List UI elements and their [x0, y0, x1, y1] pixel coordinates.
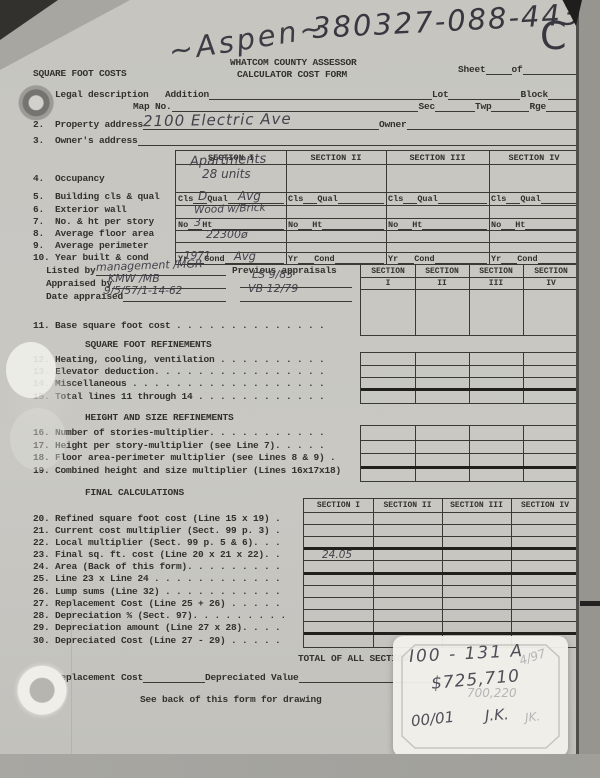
cond-label-s3: Cond	[414, 254, 434, 264]
ref-table-vline2	[469, 353, 470, 403]
final-table: SECTION I SECTION II SECTION III SECTION…	[303, 498, 580, 648]
small-header-word-2: SECTION	[415, 267, 469, 276]
no-ht-s4: NoHt	[491, 220, 577, 230]
right-scan-band	[579, 0, 600, 756]
header-section2: SECTION II	[286, 153, 386, 163]
small-header-num-1: I	[361, 279, 415, 288]
height-size-header: HEIGHT AND SIZE REFINEMENTS	[85, 412, 234, 423]
cond-label-s4: Cond	[517, 254, 537, 264]
hw-condition: Avg	[234, 249, 256, 263]
line17-label: 17. Height per story-multiplier (see Lin…	[33, 440, 325, 451]
hw-building-class: D	[198, 189, 207, 203]
yr-blank-s3	[398, 254, 414, 264]
line26-label: 26. Lump sums (Line 32) . . . . . . . . …	[33, 586, 286, 597]
yr-cond-s3: YrCond	[388, 254, 487, 264]
line6-label: 6. Exterior wall	[33, 204, 127, 215]
final-hline-26	[304, 597, 579, 598]
line20-label: 20. Refined square foot cost (Line 15 x …	[33, 513, 286, 524]
cls-label-s2: Cls	[288, 194, 303, 204]
line3-row: 3. Owner's address	[33, 135, 578, 146]
line25-label: 25. Line 23 x Line 24 . . . . . . . . . …	[33, 573, 286, 584]
hw-previous-appraisal-1: LS 9/83	[252, 268, 293, 281]
hw-exterior-wall: Wood w/Brick	[194, 202, 266, 216]
small-header-word-3-text: SECTION	[479, 267, 513, 276]
lot-label: Lot	[432, 89, 449, 100]
sticky-note: 4/97 I00 - 131 A 700,220 $725,710 00/01 …	[393, 636, 568, 757]
yr-blank-s4	[501, 254, 517, 264]
line12-label: 12. Heating, cooling, ventilation . . . …	[33, 354, 325, 365]
small-header-word-3: SECTION	[469, 267, 523, 276]
header-section3: SECTION III	[386, 153, 489, 163]
qual-label-s2: Qual	[317, 194, 337, 204]
cls-qual-s4: ClsQual	[491, 194, 577, 204]
yr-blank-s2	[298, 254, 314, 264]
final-header-s4: SECTION IV	[511, 501, 579, 510]
hw-date-appraised: 9/5/57/1-14-62	[104, 285, 182, 297]
final-hline-28	[304, 621, 579, 622]
hs-table-hline3	[361, 466, 579, 469]
table-a-hline2	[176, 192, 579, 193]
ht-label-s2: Ht	[312, 220, 322, 230]
ht-blank-s3	[422, 220, 487, 230]
small-header-num-2-text: II	[437, 279, 447, 288]
line4-label: 4. Occupancy	[33, 173, 105, 184]
yr-label-s4: Yr	[491, 254, 501, 264]
line5-label: 5. Building cls & qual	[33, 191, 160, 202]
small-header-num-2: II	[415, 279, 469, 288]
line3-label: 3. Owner's address	[33, 135, 138, 146]
hw-floor-area: 22300ø	[206, 228, 248, 241]
handwritten-grade-letter: C	[540, 14, 567, 58]
hw-final-sqft-cost: 24.05	[322, 549, 352, 561]
rge-blank	[546, 102, 578, 112]
form-title-line2: CALCULATOR COST FORM	[237, 69, 347, 80]
bottom-scan-band	[0, 754, 600, 778]
qual-label-s3: Qual	[417, 194, 437, 204]
owner-blank	[407, 120, 578, 130]
ht-blank-s4	[525, 220, 577, 230]
see-back-note: See back of this form for drawing	[140, 694, 322, 705]
final-hline-25	[304, 585, 579, 586]
lot-blank	[448, 90, 520, 100]
line31-row: 31. Replacement CostDepreciated Value	[33, 672, 453, 683]
note-faint-initials: JK.	[524, 709, 541, 725]
qual-blank-s4	[541, 194, 577, 204]
hs-table-hline2	[361, 453, 579, 454]
sheet-label: Sheet	[458, 64, 486, 75]
scanned-assessor-form: ~Aspen~ 380327-088-443 C WHATCOM COUNTY …	[0, 0, 600, 778]
qual-blank-s2	[338, 194, 384, 204]
line9-label: 9. Average perimeter	[33, 240, 149, 251]
line24-label: 24. Area (Back of this form). . . . . . …	[33, 561, 286, 572]
line21-label: 21. Current cost multiplier (Sect. 99 p.…	[33, 525, 286, 536]
fold-line	[71, 600, 72, 760]
final-hline-20	[304, 524, 579, 525]
hw-appraised-by: KMW /MB	[108, 272, 160, 285]
hw-stories: 3	[194, 216, 201, 229]
cls-label-s4: Cls	[491, 194, 506, 204]
no-ht-s3: NoHt	[388, 220, 487, 230]
table-a-hline6	[176, 242, 579, 243]
of-blank	[523, 65, 578, 75]
twp-blank	[491, 102, 529, 112]
table-a-vline1	[286, 151, 287, 264]
line18-label: 18. Floor area-perimeter multiplier (see…	[33, 452, 336, 463]
sec-label: Sec	[418, 101, 435, 112]
final-hline-24	[304, 572, 579, 575]
hw-occupancy-2: 28 units	[202, 167, 251, 181]
depreciated-value-label: Depreciated Value	[205, 672, 299, 683]
hole-punch-bottom	[14, 658, 68, 720]
small-table-hline2	[361, 289, 579, 290]
height-size-table	[360, 425, 580, 482]
small-header-num-3-text: III	[489, 279, 503, 288]
small-header-word-4: SECTION	[523, 267, 579, 276]
line16-label: 16. Number of stories-multiplier. . . . …	[33, 427, 325, 438]
hw-building-qual: Avg	[238, 189, 261, 203]
line1-row-a: 1. Legal description AdditionLotBlock	[33, 89, 578, 100]
cond-label-s2: Cond	[314, 254, 334, 264]
owners-address-blank	[138, 136, 578, 146]
cls-blank-s3	[403, 194, 417, 204]
table-a-hline4	[176, 218, 579, 219]
line19-label: 19. Combined height and size multiplier …	[33, 465, 341, 476]
small-header-word-1-text: SECTION	[371, 267, 405, 276]
sheet-blank	[486, 65, 512, 75]
final-header-s2-text: SECTION II	[383, 501, 431, 510]
no-blank-s4	[501, 220, 515, 230]
line11-label: 11. Base square foot cost . . . . . . . …	[33, 320, 325, 331]
sheet-of-line: Sheetof	[458, 64, 578, 75]
qual-blank-s3	[438, 194, 487, 204]
final-header-s3: SECTION III	[442, 501, 511, 510]
mapno-label: Map No.	[133, 101, 172, 112]
final-hline-21	[304, 536, 579, 537]
no-label-s3: No	[388, 220, 398, 230]
yr-cond-s2: YrCond	[288, 254, 384, 264]
listed-by-label: Listed by	[46, 265, 96, 276]
no-label-s2: No	[288, 220, 298, 230]
hw-previous-appraisal-2: VB 12/79	[248, 282, 298, 295]
hs-table-hline1	[361, 440, 579, 441]
ref-table-hline1	[361, 365, 579, 366]
no-label-s1: No	[178, 220, 188, 230]
form-title-line1: WHATCOM COUNTY ASSESSOR	[230, 57, 357, 68]
cls-label-s3: Cls	[388, 194, 403, 204]
line23-label: 23. Final sq. ft. cost (Line 20 x 21 x 2…	[33, 549, 286, 560]
small-header-num-3: III	[469, 279, 523, 288]
final-header-s1: SECTION I	[304, 501, 373, 510]
final-header-s3-text: SECTION III	[450, 501, 503, 510]
cls-blank-s4	[506, 194, 520, 204]
qual-label-s4: Qual	[520, 194, 540, 204]
small-header-word-2-text: SECTION	[425, 267, 459, 276]
yr-cond-s4: YrCond	[491, 254, 577, 264]
addition-blank	[209, 90, 432, 100]
final-header-s4-text: SECTION IV	[521, 501, 569, 510]
cond-blank-s4	[538, 254, 577, 264]
small-header-word-4-text: SECTION	[534, 267, 568, 276]
block-label: Block	[520, 89, 548, 100]
faint-blotch-mid2	[10, 408, 66, 470]
yr-label-s2: Yr	[288, 254, 298, 264]
line7-label: 7. No. & ht per story	[33, 216, 154, 227]
sections-table-small: SECTION SECTION SECTION SECTION I II III…	[360, 264, 580, 336]
ht-label-s3: Ht	[412, 220, 422, 230]
small-header-word-1: SECTION	[361, 267, 415, 276]
no-label-s4: No	[491, 220, 501, 230]
replacement-cost-blank	[143, 673, 205, 683]
block-blank	[548, 90, 578, 100]
edge-dash-right	[580, 601, 600, 606]
no-ht-s2: NoHt	[288, 220, 384, 230]
line8-label: 8. Average floor area	[33, 228, 154, 239]
cls-qual-s3: ClsQual	[388, 194, 487, 204]
final-hline-header	[304, 512, 579, 513]
no-blank-s2	[298, 220, 312, 230]
note-initials: J.K.	[484, 705, 509, 725]
refinements-table	[360, 352, 580, 404]
cond-blank-s2	[335, 254, 384, 264]
sqft-refinements-header: SQUARE FOOT REFINEMENTS	[85, 339, 212, 350]
cond-blank-s3	[435, 254, 487, 264]
ht-label-s4: Ht	[515, 220, 525, 230]
header-section3-text: SECTION III	[409, 153, 465, 163]
cls-label-s1: Cls	[178, 194, 193, 204]
final-calculations-header: FINAL CALCULATIONS	[85, 487, 184, 498]
no-blank-s3	[398, 220, 412, 230]
ref-table-vline3	[523, 353, 524, 403]
table-a-vline3	[489, 151, 490, 264]
appraised-by-label: Appraised by	[46, 278, 112, 289]
corner-label: SQUARE FOOT COSTS	[33, 68, 127, 79]
twp-label: Twp	[475, 101, 492, 112]
yr-label-s3: Yr	[388, 254, 398, 264]
handwritten-property-address: 2100 Electric Ave	[143, 110, 292, 131]
final-header-s1-text: SECTION I	[317, 501, 360, 510]
small-header-num-4-text: IV	[546, 279, 556, 288]
header-section4-text: SECTION IV	[508, 153, 559, 163]
sec-blank	[435, 102, 475, 112]
white-blotch-mid	[6, 342, 56, 398]
cls-qual-s2: ClsQual	[288, 194, 384, 204]
line22-label: 22. Local multiplier (Sect. 99 p. 5 & 6)…	[33, 537, 286, 548]
header-section4: SECTION IV	[489, 153, 579, 163]
rge-label: Rge	[529, 101, 546, 112]
line2-row: 2. Property addressOwner	[33, 119, 578, 130]
small-header-num-1-text: I	[386, 279, 391, 288]
small-header-num-4: IV	[523, 279, 579, 288]
ht-blank-s2	[322, 220, 384, 230]
final-header-s2: SECTION II	[373, 501, 442, 510]
header-section2-text: SECTION II	[310, 153, 361, 163]
line13-label: 13. Elevator deduction. . . . . . . . . …	[33, 366, 325, 377]
table-a-vline2	[386, 151, 387, 264]
ref-table-hline2	[361, 377, 579, 378]
ref-table-hline3	[361, 388, 589, 391]
owner-label: Owner	[379, 119, 407, 130]
of-label: of	[512, 64, 523, 75]
line15-label: 15. Total lines 11 through 14 . . . . . …	[33, 391, 325, 402]
cls-blank-s2	[303, 194, 317, 204]
line14-label: 14. Miscellaneous . . . . . . . . . . . …	[33, 378, 325, 389]
final-hline-27	[304, 609, 579, 610]
ref-table-vline1	[415, 353, 416, 403]
final-hline-29	[304, 632, 579, 635]
small-table-hline1	[361, 277, 579, 278]
